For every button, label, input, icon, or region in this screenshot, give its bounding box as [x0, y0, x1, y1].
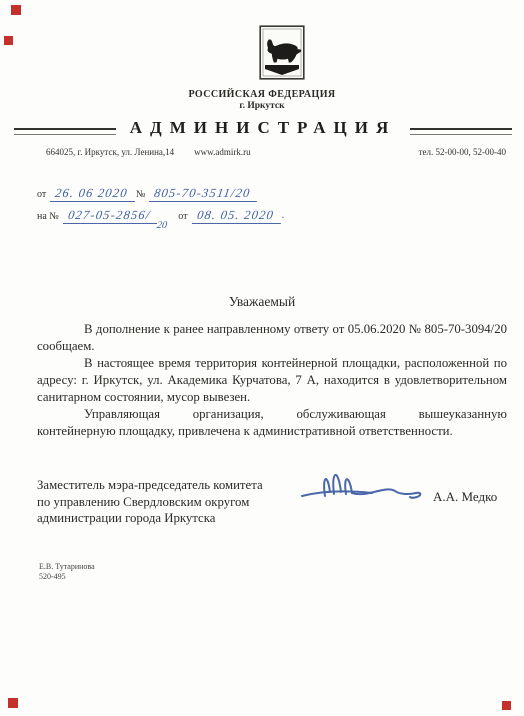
body-line: адресу: г. Иркутск, ул. Академика Курчат… — [37, 372, 507, 389]
incoming-date-handwritten: 08. 05. 2020 — [191, 208, 282, 224]
from-label: от — [178, 211, 187, 224]
irkutsk-coat-of-arms-icon — [259, 25, 305, 80]
scan-mark — [4, 36, 13, 45]
body-line: сообщаем. — [37, 338, 507, 355]
body-line: контейнерную площадку, привлечена к адми… — [37, 423, 507, 440]
incoming-number-handwritten: 027-05-2856/ — [63, 208, 160, 224]
outgoing-date-handwritten: 26. 06 2020 — [50, 186, 137, 202]
horizontal-rule-left — [14, 128, 116, 135]
signer-name: А.А. Медко — [433, 489, 497, 505]
signature-autograph — [298, 465, 436, 509]
scan-mark — [11, 5, 21, 15]
signer-title: Заместитель мэра-председатель комитета п… — [37, 477, 263, 527]
outgoing-reference-line: от 26. 06 2020 № 805-70-3511/20 — [37, 180, 284, 202]
contact-row: 664025, г. Иркутск, ул. Ленина,14www.adm… — [46, 147, 506, 157]
body-line: Управляющая организация, обслуживающая в… — [37, 406, 507, 423]
city-heading: г. Иркутск — [0, 101, 524, 111]
number-sign-label: № — [136, 189, 146, 202]
on-number-label: на № — [37, 211, 59, 224]
organization-title: АДМИНИСТРАЦИЯ — [116, 118, 411, 138]
signer-title-line: Заместитель мэра-председатель комитета — [37, 477, 263, 494]
letter-body: В дополнение к ранее направленному ответ… — [37, 321, 507, 440]
executor-block: Е.В. Тутаринова 520-495 — [39, 562, 95, 581]
postal-address: 664025, г. Иркутск, ул. Ленина,14 — [46, 147, 174, 157]
horizontal-rule-right — [410, 128, 512, 135]
incoming-number-fraction: 20 — [157, 220, 169, 231]
scan-mark — [8, 698, 18, 708]
reference-block: от 26. 06 2020 № 805-70-3511/20 на № 027… — [37, 180, 284, 224]
scan-mark — [502, 701, 511, 710]
executor-name: Е.В. Тутаринова — [39, 562, 95, 572]
signer-title-line: по управлению Свердловским округом — [37, 494, 263, 511]
phone-numbers: тел. 52-00-00, 52-00-40 — [419, 147, 506, 157]
country-heading: РОССИЙСКАЯ ФЕДЕРАЦИЯ — [0, 89, 524, 100]
greeting-line: Уважаемый — [0, 294, 524, 310]
executor-phone: 520-495 — [39, 572, 95, 582]
outgoing-number-handwritten: 805-70-3511/20 — [149, 186, 260, 202]
address-group: 664025, г. Иркутск, ул. Ленина,14www.adm… — [46, 147, 251, 157]
body-line: В дополнение к ранее направленному ответ… — [37, 321, 507, 338]
scanned-letter-page: РОССИЙСКАЯ ФЕДЕРАЦИЯ г. Иркутск АДМИНИСТ… — [0, 0, 524, 716]
body-line: санитарном состоянии, мусор вывезен. — [37, 389, 507, 406]
administration-titlebar: АДМИНИСТРАЦИЯ — [14, 112, 512, 138]
incoming-reference-line: на № 027-05-2856/ 20 от 08. 05. 2020 . — [37, 202, 284, 224]
signer-title-line: администрации города Иркутска — [37, 510, 263, 527]
from-label: от — [37, 189, 46, 202]
website-text: www.admirk.ru — [194, 147, 250, 157]
body-line: В настоящее время территория контейнерно… — [37, 355, 507, 372]
